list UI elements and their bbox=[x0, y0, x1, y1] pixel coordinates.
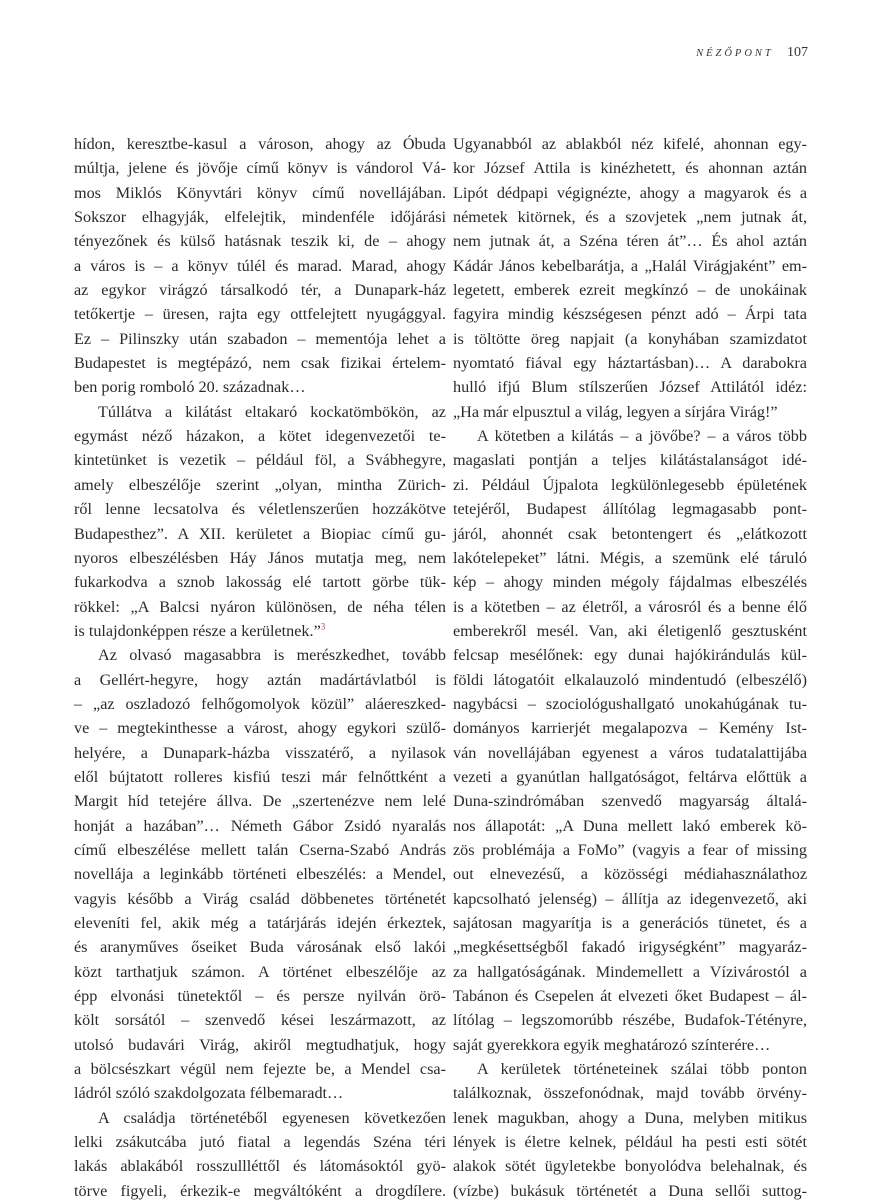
text-line-content: lények is életre kelnek, például ha pest… bbox=[453, 1133, 807, 1151]
text-line-content: kintetünket is vezetik – például föl, a … bbox=[74, 451, 446, 469]
text-line-content: kép – ahogy minden mégoly fájdalmas elbe… bbox=[453, 573, 807, 591]
text-line: németek kitörnek, és a szovjetek „nem ju… bbox=[453, 205, 807, 229]
text-line: magaslati pontján a teljes kilátástalans… bbox=[453, 448, 807, 472]
text-line-content: hulló ifjú Blum stílszerűen József Attil… bbox=[453, 378, 807, 396]
text-line-content: is töltötte öreg napjait (a konyhában sz… bbox=[453, 330, 807, 348]
text-line: out elnevezésű, a közösségi médiahasznál… bbox=[453, 862, 807, 886]
text-line-content: nyomtató fiával egy háztartásban)… A dar… bbox=[453, 354, 807, 372]
text-line-content: a bölcsészkart végül nem fejezte be, a M… bbox=[74, 1060, 446, 1078]
text-line-content: lakás ablakából rosszullléttől és látomá… bbox=[74, 1157, 446, 1175]
text-line: A kerületek történeteinek szálai több po… bbox=[453, 1057, 807, 1081]
text-line: – „az oszladozó felhőgomolyok közül” alá… bbox=[74, 692, 446, 716]
text-line: tetejéről, Budapest állítólag legmagasab… bbox=[453, 497, 807, 521]
text-line: a város is – a könyv túlél és marad. Mar… bbox=[74, 254, 446, 278]
text-line: nyoros elbeszélésben Háy János mutatja m… bbox=[74, 546, 446, 570]
text-line: saját gyerekkora egyik meghatározó színt… bbox=[453, 1033, 807, 1057]
text-line-content: is a kötetben – az életről, a városról é… bbox=[453, 598, 807, 616]
text-line-content: rökkel: „A Balcsi nyáron különösen, de n… bbox=[74, 598, 446, 616]
left-text-column: hídon, keresztbe-kasul a városon, ahogy … bbox=[74, 132, 446, 1200]
text-line: kor József Attila is kinézhetett, és aho… bbox=[453, 156, 807, 180]
text-line: helyére, a Dunapark-házba visszatérő, a … bbox=[74, 741, 446, 765]
text-line: fagyira mindig készségesen pénzt adó – Á… bbox=[453, 302, 807, 326]
text-line-content: helyére, a Dunapark-házba visszatérő, a … bbox=[74, 744, 446, 762]
text-line-content: Budapestet is megtépázó, nem csak fizika… bbox=[74, 354, 446, 372]
text-line-content: alakok sötét ügyletekbe bonyolódva beleh… bbox=[453, 1157, 807, 1175]
text-line-content: járól, ahonnét csak betontengert és „elá… bbox=[453, 525, 807, 543]
text-line: nagybácsi – szociológushallgató unokahúg… bbox=[453, 692, 807, 716]
text-line-content: lenek magukban, ahogy a Duna, melyben mi… bbox=[453, 1109, 807, 1127]
text-line: is a kötetben – az életről, a városról é… bbox=[453, 595, 807, 619]
text-line-content: nyoros elbeszélésben Háy János mutatja m… bbox=[74, 549, 446, 567]
text-line: ről lenne lecsatolva és véletlenszerűen … bbox=[74, 497, 446, 521]
footnote-marker[interactable]: 3 bbox=[321, 621, 326, 631]
text-line: tetőkertje – üresen, rajta egy ottfelejt… bbox=[74, 302, 446, 326]
text-line: földi látogatóit elkalauzoló mindentudó … bbox=[453, 668, 807, 692]
text-line: mos Miklós Könyvtári könyv című novelláj… bbox=[74, 181, 446, 205]
text-line-content: Túllátva a kilátást eltakaró kockatömbök… bbox=[98, 403, 446, 421]
text-line: honját a hazában”… Németh Gábor Zsidó ny… bbox=[74, 814, 446, 838]
text-line: alakok sötét ügyletekbe bonyolódva beleh… bbox=[453, 1154, 807, 1178]
right-text-column: Ugyanabból az ablakból néz kifelé, ahonn… bbox=[453, 132, 807, 1200]
text-line-content: tetőkertje – üresen, rajta egy ottfelejt… bbox=[74, 305, 446, 323]
text-line: tényezőnek és külső hatásnak teszik ki, … bbox=[74, 229, 446, 253]
text-line: Ugyanabból az ablakból néz kifelé, ahonn… bbox=[453, 132, 807, 156]
text-line: lakótelepeket” látni. Mégis, a szemünk e… bbox=[453, 546, 807, 570]
text-line: Kádár János kebelbarátja, a „Halál Virág… bbox=[453, 254, 807, 278]
text-line: múltja, jelene és jövője című könyv is v… bbox=[74, 156, 446, 180]
text-line: ván novellájában egyenest a város tudata… bbox=[453, 741, 807, 765]
text-line-content: saját gyerekkora egyik meghatározó színt… bbox=[453, 1036, 770, 1054]
text-line-content: is tulajdonképpen része a kerületnek.” bbox=[74, 622, 321, 640]
page-number: 107 bbox=[787, 45, 808, 60]
text-line-content: című elbeszélése mellett talán Cserna-Sz… bbox=[74, 841, 446, 859]
text-line-content: egymást néző házakon, a kötet idegenveze… bbox=[74, 427, 446, 445]
text-line: ládról szóló szakdolgozata félbemaradt… bbox=[74, 1081, 446, 1105]
text-line: sajátosan magyarítja is a generációs tün… bbox=[453, 911, 807, 935]
text-line-content: Kádár János kebelbarátja, a „Halál Virág… bbox=[453, 257, 807, 275]
text-line-content: Budapesthez”. A XII. kerületet a Biopiac… bbox=[74, 525, 446, 543]
text-line: a bölcsészkart végül nem fejezte be, a M… bbox=[74, 1057, 446, 1081]
text-line-content: ről lenne lecsatolva és véletlenszerűen … bbox=[74, 500, 446, 518]
text-line-content: fukarkodva a sznob lakosság elé tartott … bbox=[74, 573, 446, 591]
text-line: törve figyeli, érkezik-e megváltóként a … bbox=[74, 1179, 446, 1200]
text-line: hulló ifjú Blum stílszerűen József Attil… bbox=[453, 375, 807, 399]
text-line: amely elbeszélője szerint „olyan, mintha… bbox=[74, 473, 446, 497]
text-line-content: kapcsolható jelenség) – állítja az idege… bbox=[453, 890, 807, 908]
text-line-content: A kerületek történeteinek szálai több po… bbox=[477, 1060, 807, 1078]
text-line-content: vezeti a gyanútlan hallgatóságot, feltár… bbox=[453, 768, 807, 786]
text-line: lakás ablakából rosszullléttől és látomá… bbox=[74, 1154, 446, 1178]
text-line-content: amely elbeszélője szerint „olyan, mintha… bbox=[74, 476, 446, 494]
text-line-content: költ sorsától – szenvedő kései leszármaz… bbox=[74, 1011, 446, 1029]
text-line: épp elvonási tünetektől – és persze nyil… bbox=[74, 984, 446, 1008]
text-line: lelki zsákutcába jutó fiatal a legendás … bbox=[74, 1130, 446, 1154]
text-line: rökkel: „A Balcsi nyáron különösen, de n… bbox=[74, 595, 446, 619]
text-line: Ez – Pilinszky után szabadon – mementója… bbox=[74, 327, 446, 351]
text-line: és aranyműves őseiket Buda városának els… bbox=[74, 935, 446, 959]
text-line-content: Ez – Pilinszky után szabadon – mementója… bbox=[74, 330, 446, 348]
text-line-content: a város is – a könyv túlél és marad. Mar… bbox=[74, 257, 446, 275]
text-line: lítólag – legszomorúbb részébe, Budafok-… bbox=[453, 1008, 807, 1032]
text-line: Duna-szindrómában szenvedő magyarság ált… bbox=[453, 789, 807, 813]
text-line: nos állapotát: „A Duna mellett lakó embe… bbox=[453, 814, 807, 838]
text-line-content: mos Miklós Könyvtári könyv című novelláj… bbox=[74, 184, 446, 202]
text-line-content: kor József Attila is kinézhetett, és aho… bbox=[453, 159, 807, 177]
text-line: egymást néző házakon, a kötet idegenveze… bbox=[74, 424, 446, 448]
text-line-content: A családja történetéből egyenesen követk… bbox=[98, 1109, 446, 1127]
section-title: NÉZŐPONT bbox=[696, 48, 774, 59]
text-line-content: fagyira mindig készségesen pénzt adó – Á… bbox=[453, 305, 807, 323]
text-line-content: ben porig romboló 20. századnak… bbox=[74, 378, 306, 396]
text-line-content: épp elvonási tünetektől – és persze nyil… bbox=[74, 987, 446, 1005]
text-line-content: novellája a leginkább történeti elbeszél… bbox=[74, 865, 446, 883]
text-line-content: vagyis később a Virág család döbbenetes … bbox=[74, 890, 446, 908]
text-line: című elbeszélése mellett talán Cserna-Sz… bbox=[74, 838, 446, 862]
text-line: Sokszor elhagyják, elfelejtik, mindenfél… bbox=[74, 205, 446, 229]
text-line: felcsap mesélőnek: egy dunai hajókirándu… bbox=[453, 643, 807, 667]
text-line-content: ve – megtekinthesse a várost, ahogy egyk… bbox=[74, 719, 446, 737]
text-line: lenek magukban, ahogy a Duna, melyben mi… bbox=[453, 1106, 807, 1130]
text-line: hídon, keresztbe-kasul a városon, ahogy … bbox=[74, 132, 446, 156]
text-line-content: hídon, keresztbe-kasul a városon, ahogy … bbox=[74, 135, 446, 153]
text-line-content: „Ha már elpusztul a világ, legyen a sírj… bbox=[453, 403, 778, 421]
text-line-content: találkoznak, összefonódnak, majd tovább … bbox=[453, 1084, 807, 1102]
text-line-content: honját a hazában”… Németh Gábor Zsidó ny… bbox=[74, 817, 446, 835]
text-line: „megkésettségből fakadó irigységként” ma… bbox=[453, 935, 807, 959]
text-line: fukarkodva a sznob lakosság elé tartott … bbox=[74, 570, 446, 594]
text-line-content: törve figyeli, érkezik-e megváltóként a … bbox=[74, 1182, 446, 1200]
text-line-content: zi. Például Újpalota legkülönlegesebb ép… bbox=[453, 476, 807, 494]
text-line-content: legetett, emberek ezreit megkínzó – de u… bbox=[453, 281, 807, 299]
running-header: NÉZŐPONT 107 bbox=[696, 44, 808, 61]
text-line: Az olvasó magasabbra is merészkedhet, to… bbox=[74, 643, 446, 667]
text-line: Budapesthez”. A XII. kerületet a Biopiac… bbox=[74, 522, 446, 546]
text-line: járól, ahonnét csak betontengert és „elá… bbox=[453, 522, 807, 546]
text-line-content: németek kitörnek, és a szovjetek „nem ju… bbox=[453, 208, 807, 226]
text-line: eleveníti fel, akik még a tatárjárás ide… bbox=[74, 911, 446, 935]
text-line-content: ládról szóló szakdolgozata félbemaradt… bbox=[74, 1084, 343, 1102]
text-line: elől bújtatott rolleres kisfiú teszi már… bbox=[74, 765, 446, 789]
text-line-content: – „az oszladozó felhőgomolyok közül” alá… bbox=[74, 695, 446, 713]
text-line-content: Ugyanabból az ablakból néz kifelé, ahonn… bbox=[453, 135, 807, 153]
text-line-content: Tabánon és Csepelen át elvezeti őket Bud… bbox=[453, 987, 807, 1005]
text-line: „Ha már elpusztul a világ, legyen a sírj… bbox=[453, 400, 807, 424]
text-line: nem jutnak át, a Széna téren át”… És aho… bbox=[453, 229, 807, 253]
text-line: zi. Például Újpalota legkülönlegesebb ép… bbox=[453, 473, 807, 497]
text-line-content: eleveníti fel, akik még a tatárjárás ide… bbox=[74, 914, 446, 932]
text-line: közt tarthatjuk számon. A történet elbes… bbox=[74, 960, 446, 984]
text-line-content: nem jutnak át, a Széna téren át”… És aho… bbox=[453, 232, 807, 250]
text-line-content: az egykor virágzó társalkodó tér, a Duna… bbox=[74, 281, 446, 299]
text-line: a Gellért-hegyre, hogy aztán madártávlat… bbox=[74, 668, 446, 692]
text-line-content: Sokszor elhagyják, elfelejtik, mindenfél… bbox=[74, 208, 446, 226]
text-line-content: múltja, jelene és jövője című könyv is v… bbox=[74, 159, 446, 177]
text-line-content: Duna-szindrómában szenvedő magyarság ált… bbox=[453, 792, 807, 810]
text-line-content: utolsó budavári Virág, akiről megtudhatj… bbox=[74, 1036, 446, 1054]
text-line: A kötetben a kilátás – a jövőbe? – a vár… bbox=[453, 424, 807, 448]
text-line: Tabánon és Csepelen át elvezeti őket Bud… bbox=[453, 984, 807, 1008]
text-line: A családja történetéből egyenesen követk… bbox=[74, 1106, 446, 1130]
text-line-content: dományos karrierjét megalapozva – Kemény… bbox=[453, 719, 807, 737]
text-line-content: (vízbe) bukásuk történetét a Duna sellői… bbox=[453, 1182, 807, 1200]
text-line: novellája a leginkább történeti elbeszél… bbox=[74, 862, 446, 886]
text-line: ben porig romboló 20. századnak… bbox=[74, 375, 446, 399]
text-line: Lipót dédpapi végignézte, ahogy a magyar… bbox=[453, 181, 807, 205]
text-line: dományos karrierjét megalapozva – Kemény… bbox=[453, 716, 807, 740]
text-line: is töltötte öreg napjait (a konyhában sz… bbox=[453, 327, 807, 351]
text-line: kapcsolható jelenség) – állítja az idege… bbox=[453, 887, 807, 911]
text-line-content: magaslati pontján a teljes kilátástalans… bbox=[453, 451, 807, 469]
text-line-content: nos állapotát: „A Duna mellett lakó embe… bbox=[453, 817, 807, 835]
text-line: Túllátva a kilátást eltakaró kockatömbök… bbox=[74, 400, 446, 424]
text-line: vagyis később a Virág család döbbenetes … bbox=[74, 887, 446, 911]
text-line: utolsó budavári Virág, akiről megtudhatj… bbox=[74, 1033, 446, 1057]
text-line-content: Az olvasó magasabbra is merészkedhet, to… bbox=[98, 646, 446, 664]
text-line-content: ván novellájában egyenest a város tudata… bbox=[453, 744, 807, 762]
text-line-content: a Gellért-hegyre, hogy aztán madártávlat… bbox=[74, 671, 446, 689]
text-line-content: nagybácsi – szociológushallgató unokahúg… bbox=[453, 695, 807, 713]
text-line: az egykor virágzó társalkodó tér, a Duna… bbox=[74, 278, 446, 302]
text-line-content: emberekről mesél. Van, aki életigenlő ge… bbox=[453, 622, 807, 640]
text-line: lények is életre kelnek, például ha pest… bbox=[453, 1130, 807, 1154]
text-line-content: lítólag – legszomorúbb részébe, Budafok-… bbox=[453, 1011, 807, 1029]
text-line: (vízbe) bukásuk történetét a Duna sellői… bbox=[453, 1179, 807, 1200]
text-line: is tulajdonképpen része a kerületnek.”3 bbox=[74, 619, 446, 643]
text-line-content: „megkésettségből fakadó irigységként” ma… bbox=[453, 938, 807, 956]
text-line: költ sorsától – szenvedő kései leszármaz… bbox=[74, 1008, 446, 1032]
text-line: kép – ahogy minden mégoly fájdalmas elbe… bbox=[453, 570, 807, 594]
text-line: Margit híd tetejére állva. De „szertenéz… bbox=[74, 789, 446, 813]
text-line: kintetünket is vezetik – például föl, a … bbox=[74, 448, 446, 472]
text-line-content: és aranyműves őseiket Buda városának els… bbox=[74, 938, 446, 956]
text-line-content: sajátosan magyarítja is a generációs tün… bbox=[453, 914, 807, 932]
text-line: za hallgatóságának. Mindemellett a Víziv… bbox=[453, 960, 807, 984]
text-line: találkoznak, összefonódnak, majd tovább … bbox=[453, 1081, 807, 1105]
text-line-content: out elnevezésű, a közösségi médiahasznál… bbox=[453, 865, 807, 883]
text-line-content: Margit híd tetejére állva. De „szertenéz… bbox=[74, 792, 446, 810]
text-line: emberekről mesél. Van, aki életigenlő ge… bbox=[453, 619, 807, 643]
text-line-content: tényezőnek és külső hatásnak teszik ki, … bbox=[74, 232, 446, 250]
text-line-content: földi látogatóit elkalauzoló mindentudó … bbox=[453, 671, 807, 689]
text-line: ve – megtekinthesse a várost, ahogy egyk… bbox=[74, 716, 446, 740]
text-line-content: közt tarthatjuk számon. A történet elbes… bbox=[74, 963, 446, 981]
text-line-content: Lipót dédpapi végignézte, ahogy a magyar… bbox=[453, 184, 807, 202]
text-line: zös problémája a FoMo” (vagyis a fear of… bbox=[453, 838, 807, 862]
text-line-content: tetejéről, Budapest állítólag legmagasab… bbox=[453, 500, 807, 518]
text-line: Budapestet is megtépázó, nem csak fizika… bbox=[74, 351, 446, 375]
text-line-content: felcsap mesélőnek: egy dunai hajókirándu… bbox=[453, 646, 807, 664]
text-line-content: elől bújtatott rolleres kisfiú teszi már… bbox=[74, 768, 446, 786]
text-line: legetett, emberek ezreit megkínzó – de u… bbox=[453, 278, 807, 302]
text-line: vezeti a gyanútlan hallgatóságot, feltár… bbox=[453, 765, 807, 789]
text-line-content: lelki zsákutcába jutó fiatal a legendás … bbox=[74, 1133, 446, 1151]
text-line-content: lakótelepeket” látni. Mégis, a szemünk e… bbox=[453, 549, 807, 567]
text-line: nyomtató fiával egy háztartásban)… A dar… bbox=[453, 351, 807, 375]
text-line-content: A kötetben a kilátás – a jövőbe? – a vár… bbox=[477, 427, 807, 445]
text-line-content: za hallgatóságának. Mindemellett a Víziv… bbox=[453, 963, 807, 981]
text-line-content: zös problémája a FoMo” (vagyis a fear of… bbox=[453, 841, 807, 859]
